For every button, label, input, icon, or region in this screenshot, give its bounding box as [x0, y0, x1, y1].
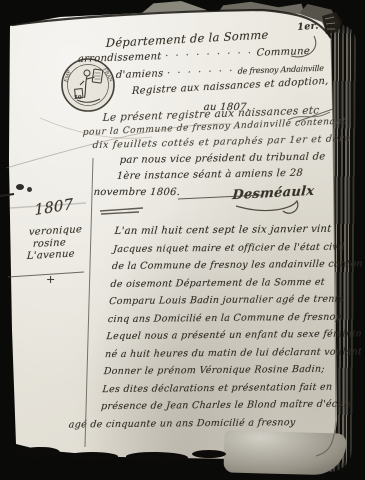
- commune-name: de fresnoy Andainville: [238, 64, 324, 76]
- attestation-line: novembre 1806.: [93, 187, 180, 198]
- scan-edge-blot: [16, 446, 60, 460]
- scanned-register-page: EMP FRAN 50 1er. Département de la Somme…: [0, 0, 365, 480]
- ink-smudge: [16, 184, 24, 190]
- folded-corner: [223, 430, 346, 475]
- stamp-value-text: 50: [74, 95, 82, 101]
- dotted-leader: · · · · · · ·: [167, 66, 235, 79]
- page-number: 1er.: [297, 21, 319, 33]
- act-body: L'an mil huit cent sept le six janvier v…: [99, 223, 365, 436]
- amiens-label: d'amiens: [116, 68, 164, 81]
- margin-cross-mark: +: [46, 273, 56, 286]
- act-line: agé de cinquante un ans Domicilié a fres…: [68, 416, 357, 437]
- commune-label: Commune: [256, 46, 310, 59]
- scan-edge-blot: [192, 450, 226, 458]
- ink-smudge: [27, 187, 32, 192]
- margin-name-line: rosine: [33, 237, 67, 250]
- scan-edge-blot: [66, 452, 118, 461]
- scan-edge-blot: [126, 451, 188, 462]
